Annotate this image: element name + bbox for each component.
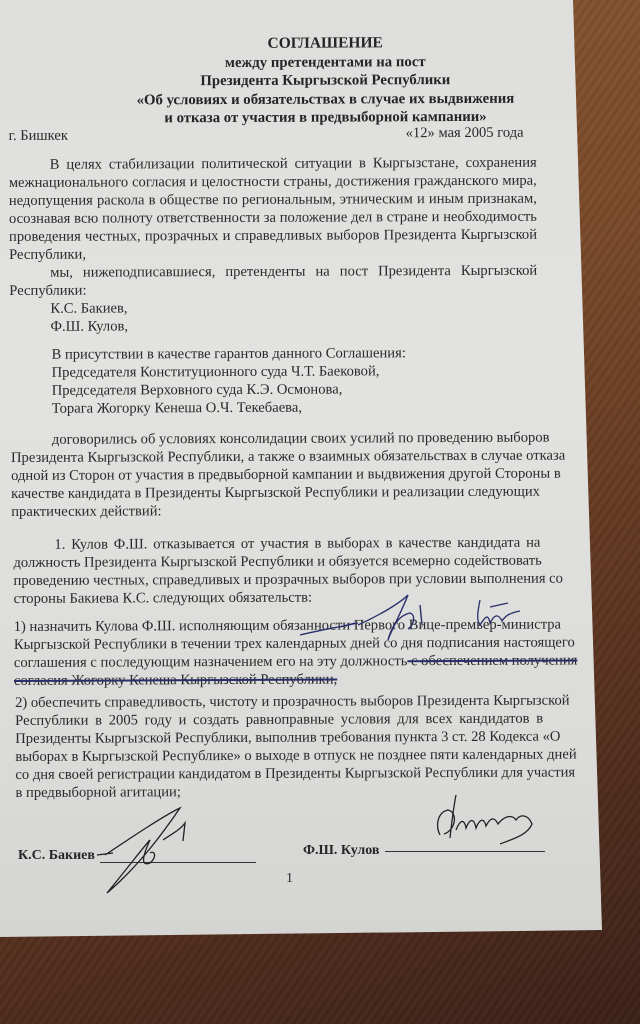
item2-line: со дня своей регистрации кандидатом в Пр… bbox=[15, 764, 543, 785]
preamble-line: Республики, bbox=[9, 246, 86, 265]
struck-text: с обеспечением получения bbox=[407, 652, 577, 669]
struck-text: согласия Жогорку Кенеша Кыргызской Респу… bbox=[14, 671, 337, 691]
signatory-right-name: Ф.Ш. Кулов bbox=[303, 843, 379, 859]
subtitle-line: Президента Кыргызской Республики bbox=[95, 71, 555, 92]
guarantor: Торага Жогорку Кенеша О.Ч. Текебаева, bbox=[52, 399, 302, 418]
guarantor: Председателя Верховного суда К.Э. Осмоно… bbox=[52, 381, 343, 401]
date: «12» мая 2005 года bbox=[406, 124, 524, 143]
signature-kulov bbox=[420, 790, 560, 860]
city: г. Бишкек bbox=[9, 127, 68, 146]
guarantor: Председателя Конституционного суда Ч.Т. … bbox=[52, 362, 380, 382]
signature-bakiev bbox=[95, 805, 205, 895]
party-name: К.С. Бакиев, bbox=[50, 299, 127, 318]
parties-intro-line: мы, нижеподписавшиеся, претенденты на по… bbox=[50, 262, 537, 282]
signatory-left-name: К.С. Бакиев bbox=[18, 848, 95, 864]
document-title: СОГЛАШЕНИЕ bbox=[95, 34, 555, 55]
clause1-line: стороны Бакиева К.С. следующих обязатель… bbox=[14, 589, 313, 609]
document-header: СОГЛАШЕНИЕ между претендентами на пост П… bbox=[95, 34, 555, 129]
item1-line-text: соглашения с последующим назначением его… bbox=[14, 653, 408, 671]
handwritten-initials bbox=[330, 585, 550, 645]
guarantors-intro: В присутствии в качестве гарантов данног… bbox=[52, 344, 406, 364]
agreement-line: практических действий: bbox=[11, 502, 161, 521]
parties-intro-line: Республики: bbox=[9, 282, 86, 301]
item1-line: соглашения с последующим назначением его… bbox=[14, 651, 578, 672]
preamble-line: проведения честных, прозрачных и справед… bbox=[9, 226, 537, 247]
subtitle-line: между претендентами на пост bbox=[95, 52, 555, 73]
agreement-line: качестве кандидата в Президенты Кыргызск… bbox=[11, 483, 538, 504]
subtitle-line: «Об условиях и обязательствах в случае и… bbox=[95, 89, 555, 110]
party-name: Ф.Ш. Кулов, bbox=[50, 317, 128, 336]
page-number: 1 bbox=[286, 871, 293, 887]
item2-line: в предвыборной агитации; bbox=[15, 783, 181, 802]
